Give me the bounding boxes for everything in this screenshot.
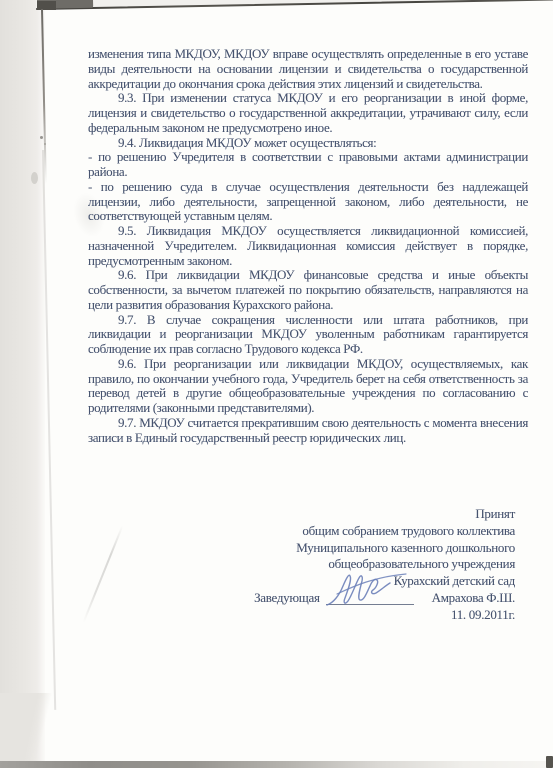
paragraph-continuation: изменения типа МКДОУ, МКДОУ вправе осуще… xyxy=(88,47,528,91)
page-bottom-edge-shadow xyxy=(0,761,553,768)
scanned-document-screenshot: { "document": { "language": "ru", "kind"… xyxy=(0,0,553,768)
document-body-text: изменения типа МКДОУ, МКДОУ вправе осуще… xyxy=(88,47,528,445)
handwritten-signature xyxy=(322,568,414,610)
list-item-liquidation-by-founder: - по решению Учредителя в соответствии с… xyxy=(88,150,528,180)
paper-crease-mark xyxy=(83,525,124,622)
list-item-liquidation-by-court: - по решению суда в случае осуществления… xyxy=(88,180,528,224)
paragraph-9-6: 9.6. При ликвидации МКДОУ финансовые сре… xyxy=(88,268,528,312)
signer-name: Амрахова Ф.Ш. xyxy=(432,590,515,607)
paragraph-9-4: 9.4. Ликвидация МКДОУ может осуществлять… xyxy=(88,136,528,151)
paragraph-9-5: 9.5. Ликвидация МКДОУ осуществляется лик… xyxy=(88,224,528,268)
acceptance-status: Принят xyxy=(233,506,515,523)
acceptance-by: общим собранием трудового коллектива xyxy=(233,523,515,540)
signer-row: Заведующая Амрахова Ф.Ш. xyxy=(233,590,515,607)
paragraph-9-7-second: 9.7. МКДОУ считается прекратившим свою д… xyxy=(88,416,528,446)
paragraph-9-6-second: 9.6. При реорганизации или ликвидации МК… xyxy=(88,357,528,416)
institution-name-line-1: Муниципального казенного дошкольного xyxy=(233,540,515,557)
signature-block: Принят общим собранием трудового коллект… xyxy=(233,506,515,624)
paragraph-9-7: 9.7. В случае сокращения численности или… xyxy=(88,313,528,357)
scanner-bed-bottom-wedge xyxy=(0,693,62,768)
scan-speck xyxy=(44,143,46,145)
signature-line xyxy=(326,592,414,605)
scan-bottom-right-mark xyxy=(546,756,553,768)
signer-title: Заведующая xyxy=(254,590,320,607)
scanner-bed-left-strip xyxy=(0,0,45,768)
page-top-left-corner-dark-mark xyxy=(37,1,56,10)
paragraph-9-3: 9.3. При изменении статуса МКДОУ и его р… xyxy=(88,91,528,135)
scan-speck xyxy=(31,172,38,184)
scan-speck xyxy=(40,136,43,139)
